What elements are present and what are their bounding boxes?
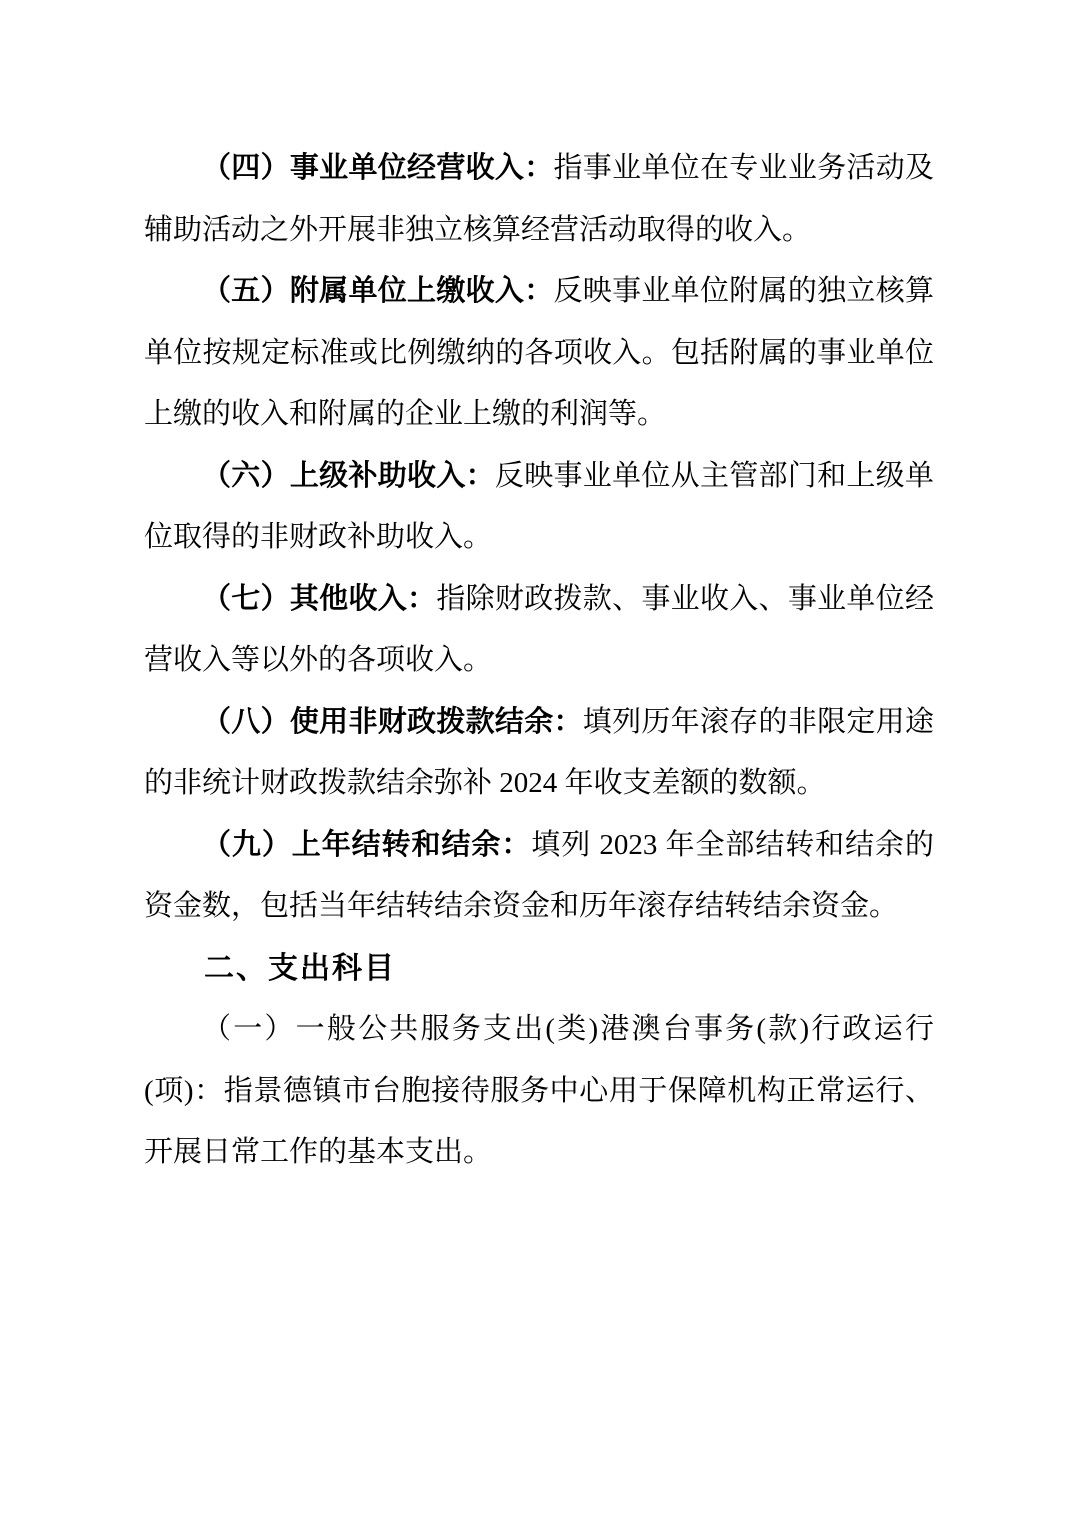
paragraph: （四）事业单位经营收入：指事业单位在专业业务活动及辅助活动之外开展非独立核算经营… [144, 138, 934, 261]
document-page: （四）事业单位经营收入：指事业单位在专业业务活动及辅助活动之外开展非独立核算经营… [0, 0, 1074, 1520]
paragraph: （七）其他收入：指除财政拨款、事业收入、事业单位经营收入等以外的各项收入。 [144, 569, 934, 692]
paragraph: （五）附属单位上缴收入：反映事业单位附属的独立核算单位按规定标准或比例缴纳的各项… [144, 261, 934, 446]
paragraph-text: （一）一般公共服务支出(类)港澳台事务(款)行政运行(项)：指景德镇市台胞接待服… [144, 1013, 934, 1168]
paragraph: （六）上级补助收入：反映事业单位从主管部门和上级单位取得的非财政补助收入。 [144, 446, 934, 569]
paragraph-label: （八）使用非财政拨款结余： [202, 706, 583, 738]
heading-text: 二、支出科目 [204, 952, 396, 985]
paragraph-label: （四）事业单位经营收入： [202, 152, 554, 184]
paragraph: （八）使用非财政拨款结余：填列历年滚存的非限定用途的非统计财政拨款结余弥补 20… [144, 692, 934, 815]
section-heading: 二、支出科目 [144, 938, 934, 1000]
paragraph-label: （五）附属单位上缴收入： [202, 275, 554, 307]
paragraph: （九）上年结转和结余：填列 2023 年全部结转和结余的资金数，包括当年结转结余… [144, 815, 934, 938]
paragraph-label: （六）上级补助收入： [202, 460, 495, 492]
paragraph: （一）一般公共服务支出(类)港澳台事务(款)行政运行(项)：指景德镇市台胞接待服… [144, 999, 934, 1184]
document-body: （四）事业单位经营收入：指事业单位在专业业务活动及辅助活动之外开展非独立核算经营… [144, 138, 934, 1184]
paragraph-label: （九）上年结转和结余： [202, 829, 531, 861]
paragraph-label: （七）其他收入： [202, 583, 436, 615]
